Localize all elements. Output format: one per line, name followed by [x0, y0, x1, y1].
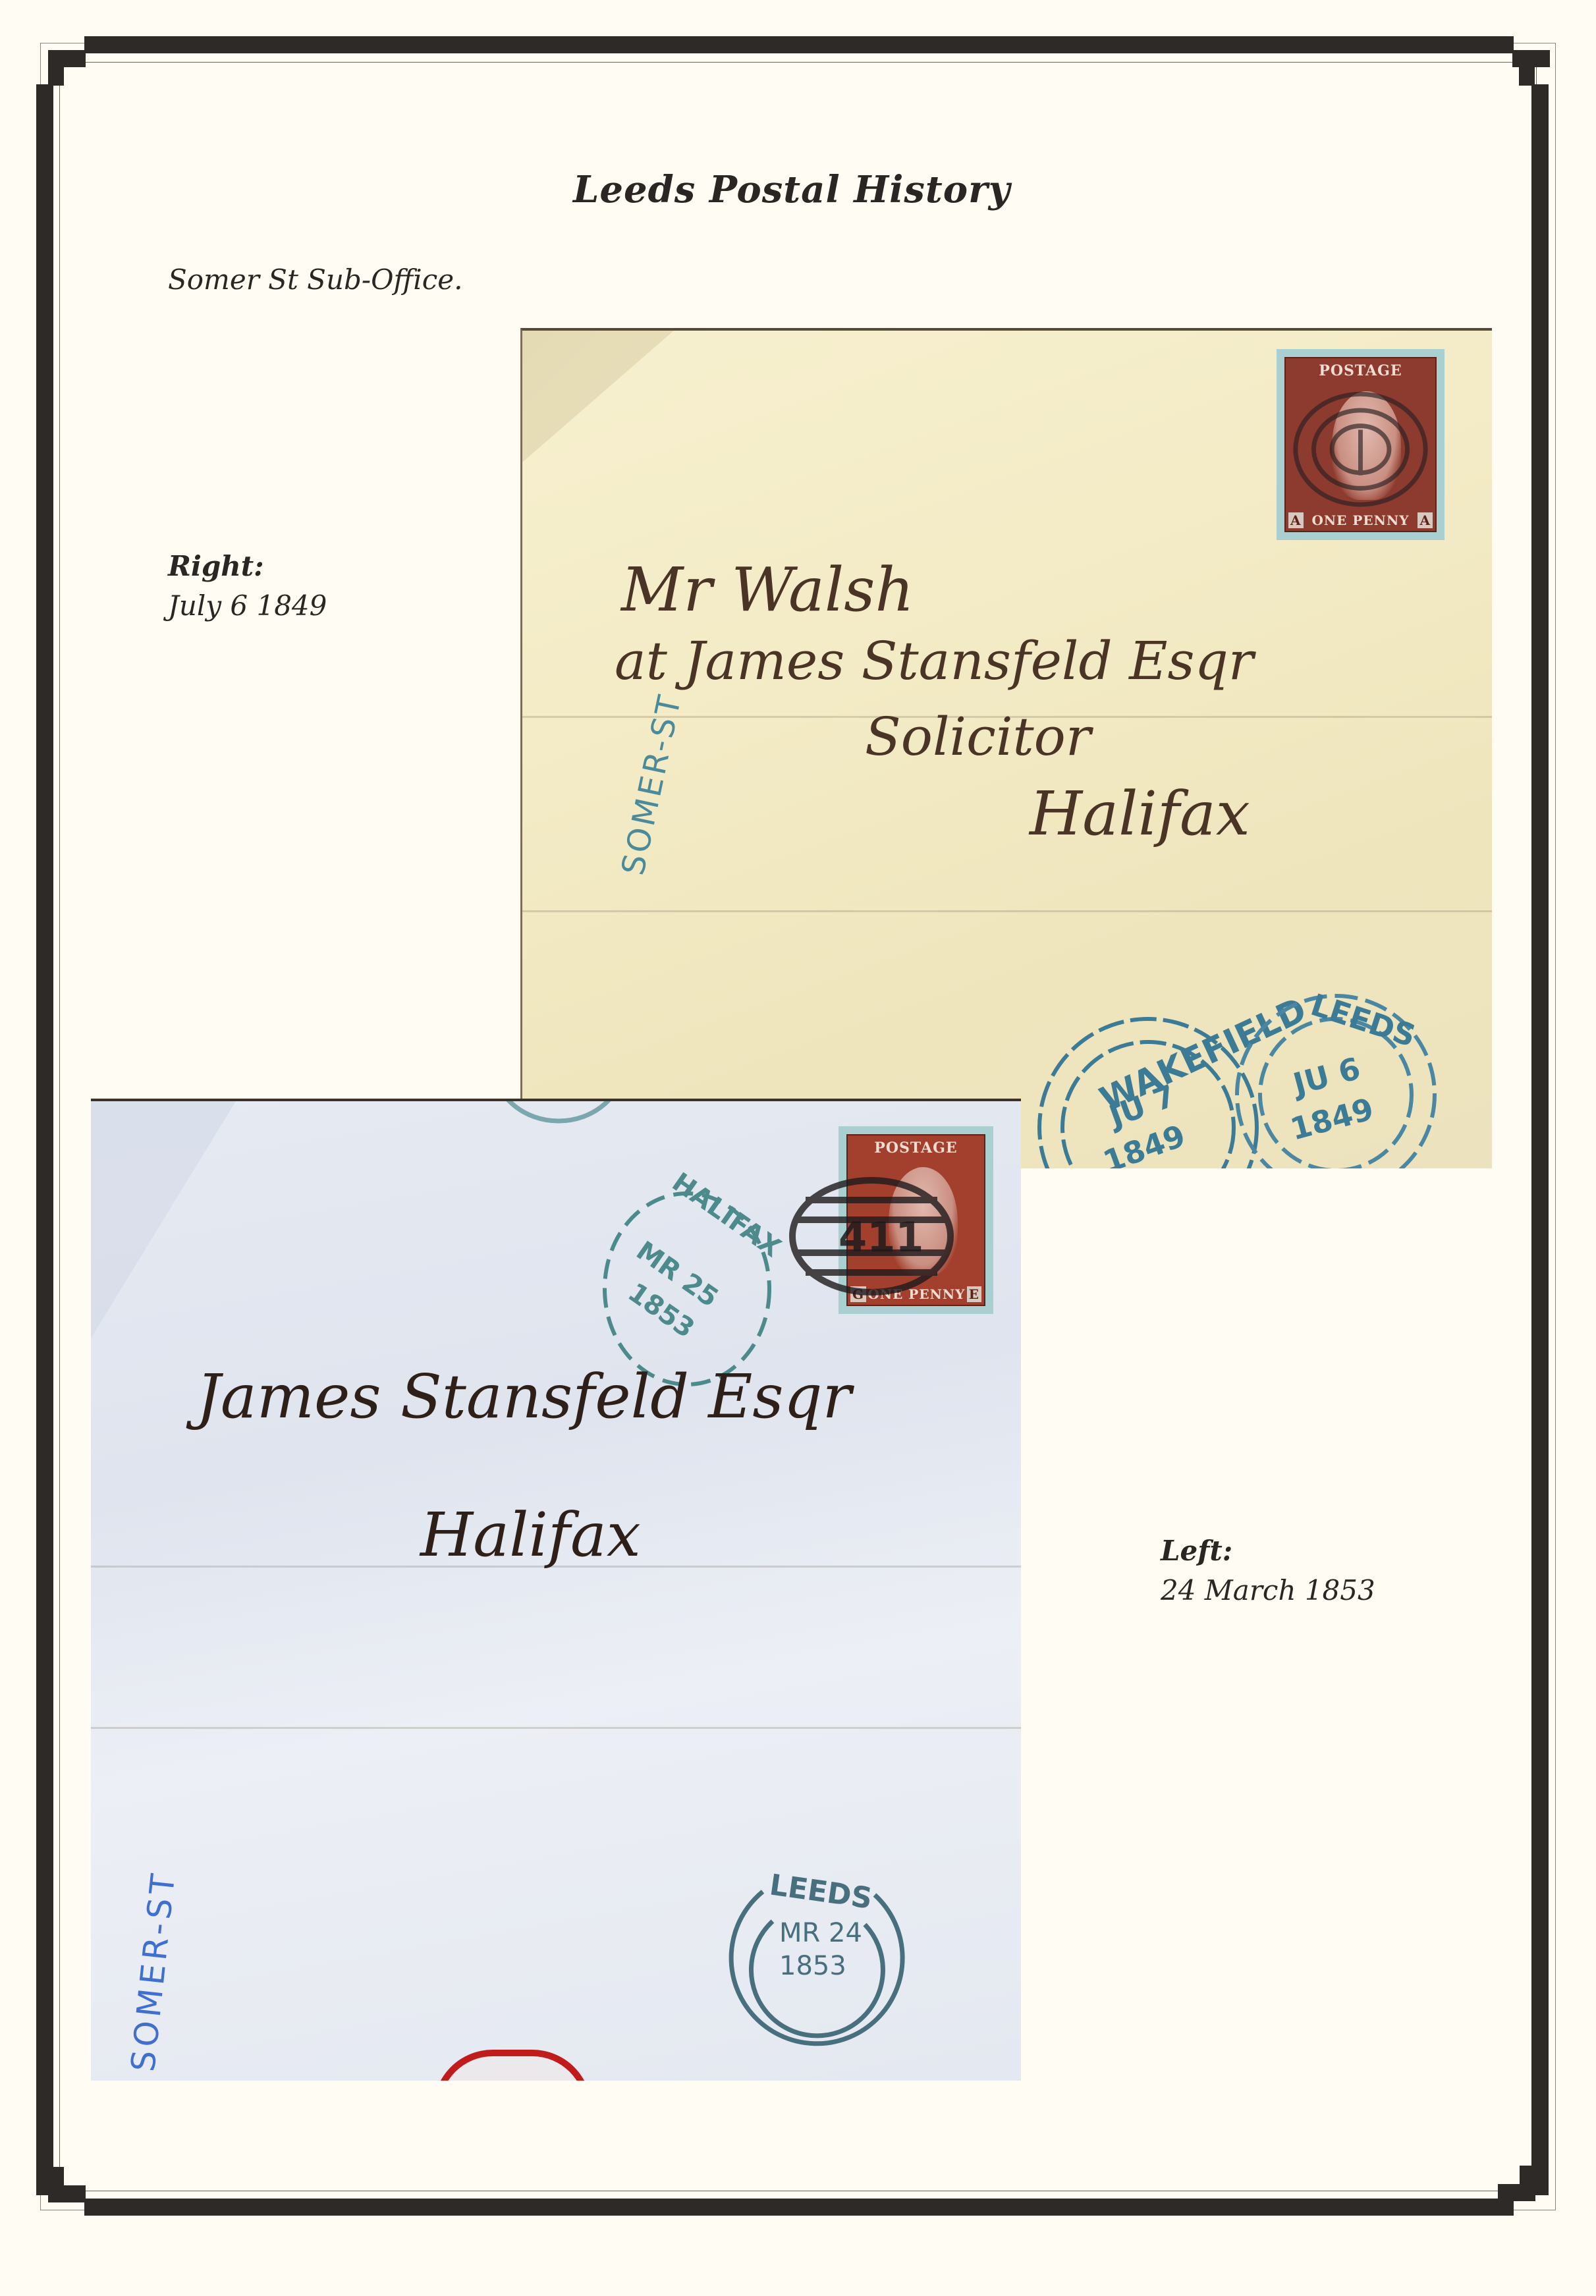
address-line: at James Stansfeld Esqr [615, 630, 1253, 692]
leeds-postmark: LEEDS MR 24 1853 [723, 1869, 908, 2056]
frame-corner [48, 2167, 64, 2202]
stamp-top-text: POSTAGE [848, 1139, 984, 1157]
frame-top [84, 36, 1514, 53]
obliterator-cancel-icon [1286, 358, 1435, 531]
page-subtitle: Somer St Sub-Office. [168, 263, 462, 296]
somer-st-handstamp: SOMER-ST [124, 1869, 183, 2073]
numeral-411-cancel: 411 [786, 1174, 957, 1299]
address-line: James Stansfeld Esqr [196, 1361, 851, 1432]
fold-line [522, 910, 1492, 912]
frame-bottom [84, 2199, 1514, 2216]
cover-1849: POSTAGE A ONE PENNY A Mr Walsh at James … [520, 328, 1492, 1168]
caption-left-date: 24 March 1853 [1161, 1571, 1375, 1610]
address-line: Halifax [420, 1500, 641, 1570]
penny-red-stamp: POSTAGE A ONE PENNY A [1277, 349, 1445, 540]
wax-seal-remnant [433, 2050, 592, 2081]
partial-postmark-icon [486, 1099, 631, 1141]
page-title: Leeds Postal History [573, 168, 1034, 211]
postmark-date: MR 24 [779, 1918, 862, 1948]
postmark-year: 1853 [779, 1951, 846, 1981]
frame-corner [1519, 50, 1535, 86]
frame-right [1531, 84, 1549, 2195]
envelope-flap [522, 331, 674, 462]
leeds-postmark: LEEDS JU 6 1849 [1230, 989, 1441, 1168]
address-line: Mr Walsh [621, 555, 914, 625]
caption-right-date: July 6 1849 [168, 586, 327, 626]
address-line: Halifax [1030, 779, 1250, 849]
frame-corner [48, 50, 64, 86]
caption-right-heading: Right: [168, 547, 327, 586]
somer-st-handstamp: SOMER-ST [615, 690, 689, 879]
caption-right: Right: July 6 1849 [168, 547, 327, 626]
frame-left [36, 84, 53, 2195]
fold-line [91, 1727, 1021, 1729]
frame-corner [1520, 2166, 1535, 2201]
caption-left-heading: Left: [1161, 1531, 1375, 1571]
address-line: Solicitor [865, 706, 1091, 767]
cover-1853: POSTAGE G ONE PENNY E 411 HA [91, 1099, 1021, 2081]
stamp-corner-letter: E [967, 1286, 981, 1302]
cancel-number: 411 [839, 1213, 923, 1261]
caption-left: Left: 24 March 1853 [1161, 1531, 1375, 1610]
envelope-flap [91, 1101, 236, 1338]
